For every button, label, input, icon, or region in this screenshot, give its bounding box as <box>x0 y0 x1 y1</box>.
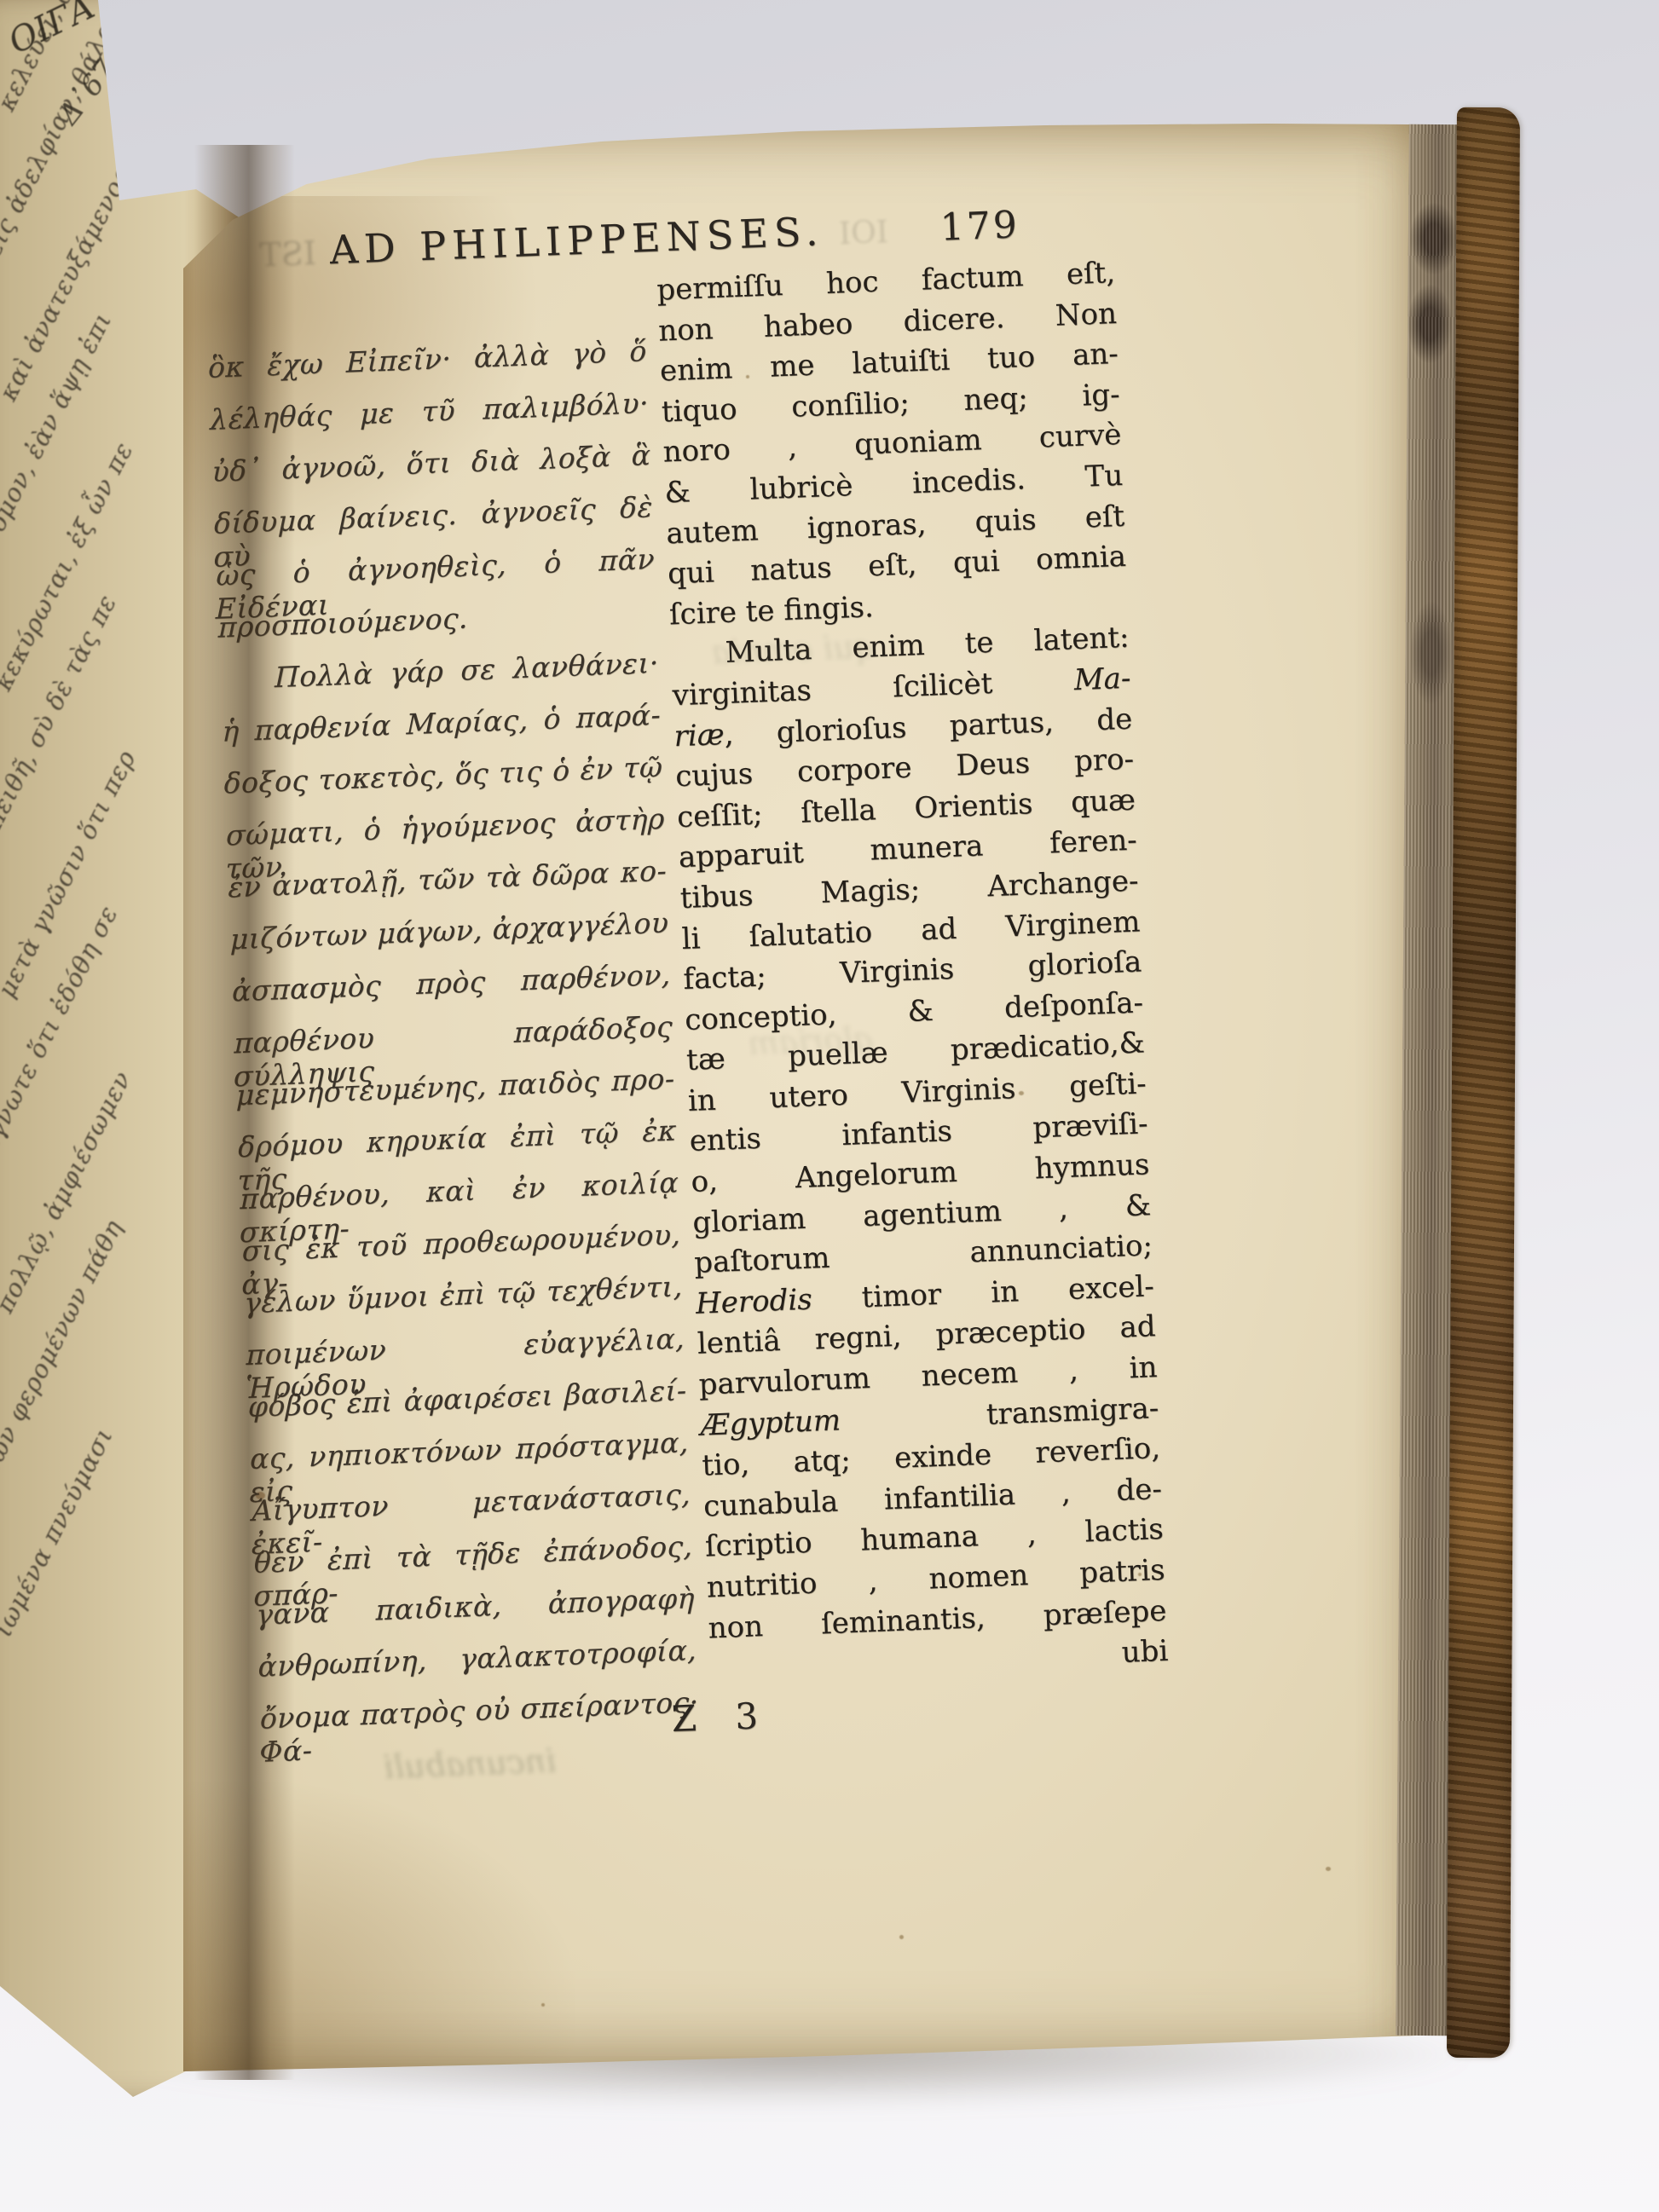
show-through-text: incunabuli <box>383 1741 557 1786</box>
show-through-text: qui omnia <box>711 627 876 671</box>
text: ubi <box>1121 1634 1169 1670</box>
book-photo: κελεύει, σοῦ μεεἰς ἀδελφίαν, θάλασκαὶ ἀν… <box>0 0 1659 2212</box>
latin-column: permiſſu hoc factum eſt,non habeo dicere… <box>656 253 1170 1689</box>
italic-text: Ma- <box>1073 661 1131 698</box>
italic-text: Ægyptum <box>700 1403 841 1442</box>
text: ſcire te fingis. <box>668 590 874 632</box>
italic-text: Herodis <box>695 1282 812 1320</box>
fore-edge-stain <box>1410 203 1459 274</box>
fore-edge-stain <box>1408 285 1453 363</box>
page-number: 179 <box>939 203 1020 250</box>
leather-cover-edge <box>1447 107 1520 2058</box>
italic-text: riæ <box>673 718 725 754</box>
show-through-text: gloriam <box>748 1019 876 1062</box>
header-title: AD PHILIPPENSES. <box>329 208 825 273</box>
signature-mark: Z 3 <box>671 1695 772 1740</box>
show-through-text: IOI <box>839 215 889 251</box>
fore-edge-stain <box>1410 602 1452 704</box>
greek-column: ὃκ ἔχω Εἰπεῖν· ἀλλὰ γὸ ὅλέληθάς με τῦ πα… <box>207 334 700 1754</box>
show-through-text: IST <box>259 234 317 274</box>
printed-content: IST AD PHILIPPENSES. IOI 179 ὃκ ἔχω Εἰπε… <box>146 96 1452 2094</box>
main-page: IST AD PHILIPPENSES. IOI 179 ὃκ ἔχω Εἰπε… <box>183 119 1415 2071</box>
